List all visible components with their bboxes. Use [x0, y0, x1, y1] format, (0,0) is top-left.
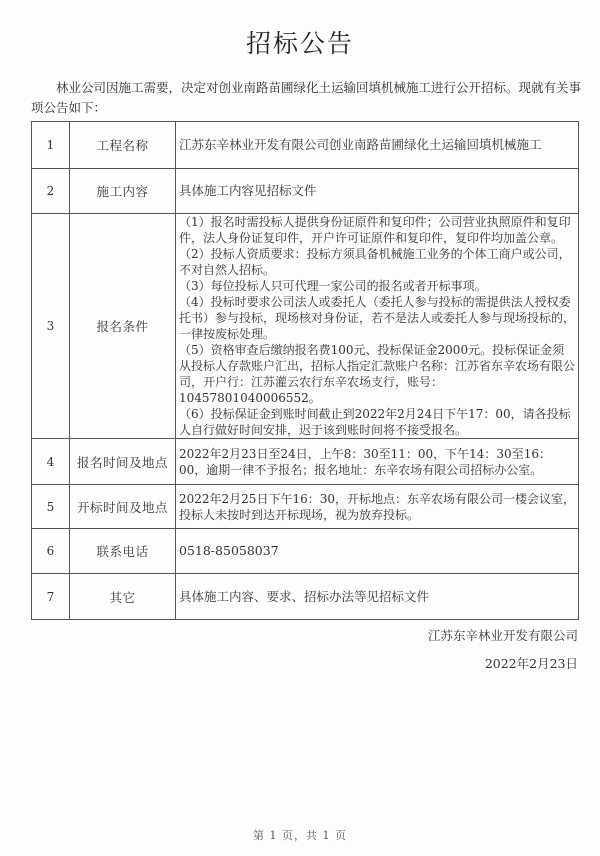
- row-item: 报名条件: [70, 214, 176, 439]
- row-number: 7: [32, 574, 70, 620]
- row-number: 1: [32, 122, 70, 169]
- table-row: 1 工程名称 江苏东辛林业开发有限公司创业南路苗圃绿化土运输回填机械施工: [32, 122, 579, 169]
- row-item: 工程名称: [70, 122, 176, 169]
- table-row: 2 施工内容 具体施工内容见招标文件: [32, 169, 579, 214]
- row-content-conditions: （1）报名时需投标人提供身份证原件和复印件；公司营业执照原件和复印件，法人身份证…: [176, 214, 579, 439]
- row-number: 2: [32, 169, 70, 214]
- row-item: 其它: [70, 574, 176, 620]
- row-number: 6: [32, 529, 70, 574]
- condition-2: （2）投标人资质要求：投标方须具备机械施工业务的个体工商户或公司，不对自然人招标…: [179, 246, 575, 278]
- condition-6: （6）投标保证金到账时间截止到2022年2月24日下午17：00，请各投标人自行…: [179, 406, 575, 438]
- row-content-phone: 0518-85058037: [176, 529, 579, 574]
- table-row: 3 报名条件 （1）报名时需投标人提供身份证原件和复印件；公司营业执照原件和复印…: [32, 214, 579, 439]
- row-number: 5: [32, 485, 70, 529]
- condition-1: （1）报名时需投标人提供身份证原件和复印件；公司营业执照原件和复印件，法人身份证…: [179, 214, 575, 246]
- condition-5: （5）资格审查后缴纳报名费100元、投标保证金2000元。投标保证金须从投标人存…: [179, 342, 575, 406]
- row-item: 联系电话: [70, 529, 176, 574]
- table-row: 5 开标时间及地点 2022年2月25日下午16：30，开标地点：东辛农场有限公…: [32, 485, 579, 529]
- page-footer: 第 1 页，共 1 页: [0, 827, 600, 843]
- row-content: 具体施工内容、要求、招标办法等见招标文件: [176, 574, 579, 620]
- table-row: 4 报名时间及地点 2022年2月23日至24日，上午8：30至11：00，下午…: [32, 439, 579, 485]
- intro-paragraph: 林业公司因施工需要，决定对创业南路苗圃绿化土运输回填机械施工进行公开招标。现就有…: [31, 78, 581, 118]
- row-number: 4: [32, 439, 70, 485]
- row-content: 江苏东辛林业开发有限公司创业南路苗圃绿化土运输回填机械施工: [176, 122, 579, 169]
- table-row: 6 联系电话 0518-85058037: [32, 529, 579, 574]
- row-item: 开标时间及地点: [70, 485, 176, 529]
- row-content: 2022年2月25日下午16：30，开标地点：东辛农场有限公司一楼会议室，投标人…: [176, 485, 579, 529]
- row-content: 2022年2月23日至24日，上午8：30至11：00，下午14：30至16：0…: [176, 439, 579, 485]
- row-content: 具体施工内容见招标文件: [176, 169, 579, 214]
- condition-3: （3）每位投标人只可代理一家公司的报名或者开标事项。: [179, 278, 575, 294]
- row-number: 3: [32, 214, 70, 439]
- condition-4: （4）投标时要求公司法人或委托人（委托人参与投标的需提供法人授权委托书）参与投标…: [179, 294, 575, 342]
- row-item: 报名时间及地点: [70, 439, 176, 485]
- page-title: 招标公告: [0, 24, 600, 60]
- issuer-signature: 江苏东辛林业开发有限公司: [428, 626, 578, 644]
- issue-date: 2022年2月23日: [485, 654, 578, 672]
- row-item: 施工内容: [70, 169, 176, 214]
- notice-table: 1 工程名称 江苏东辛林业开发有限公司创业南路苗圃绿化土运输回填机械施工 2 施…: [31, 121, 579, 620]
- table-row: 7 其它 具体施工内容、要求、招标办法等见招标文件: [32, 574, 579, 620]
